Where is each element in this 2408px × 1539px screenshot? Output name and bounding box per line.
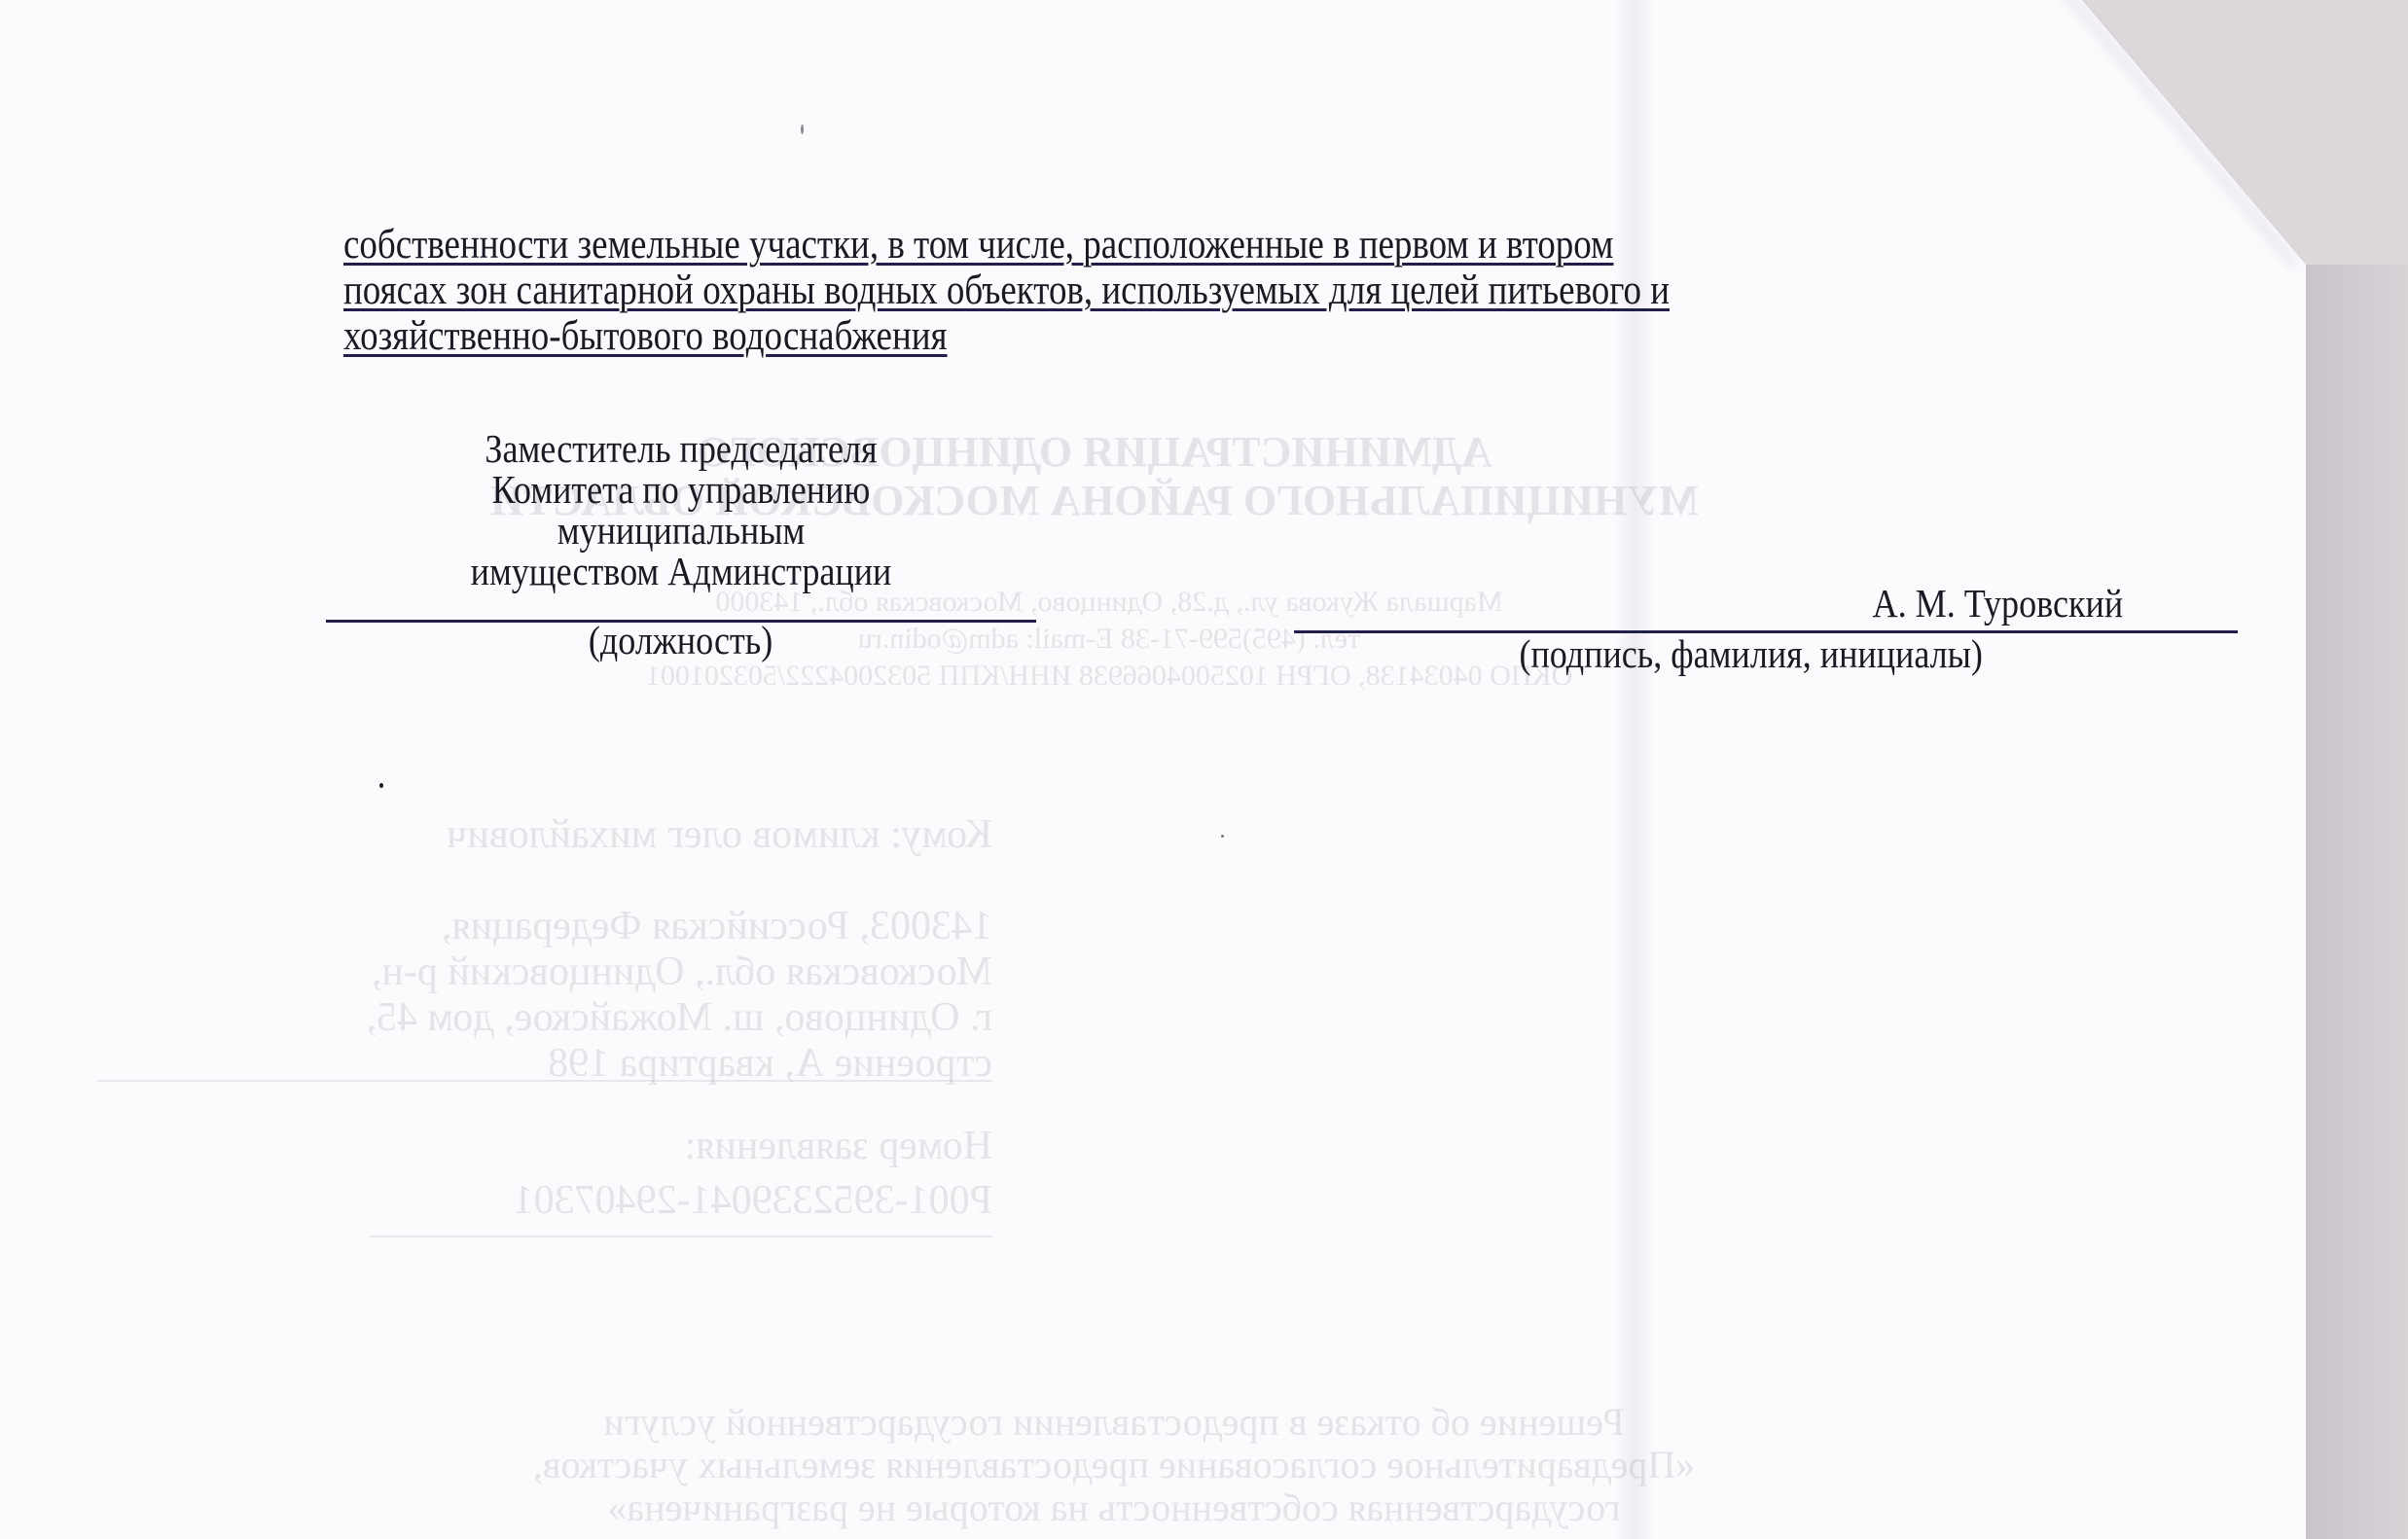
paragraph-line: собственности земельные участки, в том ч… [343, 222, 1613, 268]
scanned-page: АДМИНИСТРАЦИЯ ОДИНЦОВСКОГО МУНИЦИПАЛЬНОГ… [0, 0, 2408, 1539]
paragraph-line: хозяйственно-бытового водоснабжения [343, 313, 948, 359]
bleed-through-recipient: Кому: климов олег михайлович 143003, Рос… [418, 812, 992, 1087]
signatory-name: А. М. Туровский [1605, 582, 2140, 625]
position-caption: (должность) [331, 619, 1031, 662]
signatory-position: Заместитель председателя Комитета по упр… [331, 428, 1031, 591]
paragraph-line: поясах зон санитарной охраны водных объе… [343, 268, 1670, 313]
bleed-through-title: Решение об отказе в предоставлении госуд… [409, 1401, 1819, 1529]
signature-caption: (подпись, фамилия, инициалы) [1401, 632, 2102, 675]
bleed-through-request-number: Номер заявления: P001-3952339041-2940730… [418, 1119, 992, 1228]
bleed-through-rule [370, 1235, 992, 1237]
scan-speck [801, 125, 804, 134]
scan-speck [379, 783, 383, 788]
body-paragraph: собственности земельные участки, в том ч… [343, 222, 1891, 359]
scanner-bed-edge [2306, 265, 2408, 1539]
bleed-through-rule [97, 1080, 992, 1082]
scan-speck [1221, 835, 1224, 838]
